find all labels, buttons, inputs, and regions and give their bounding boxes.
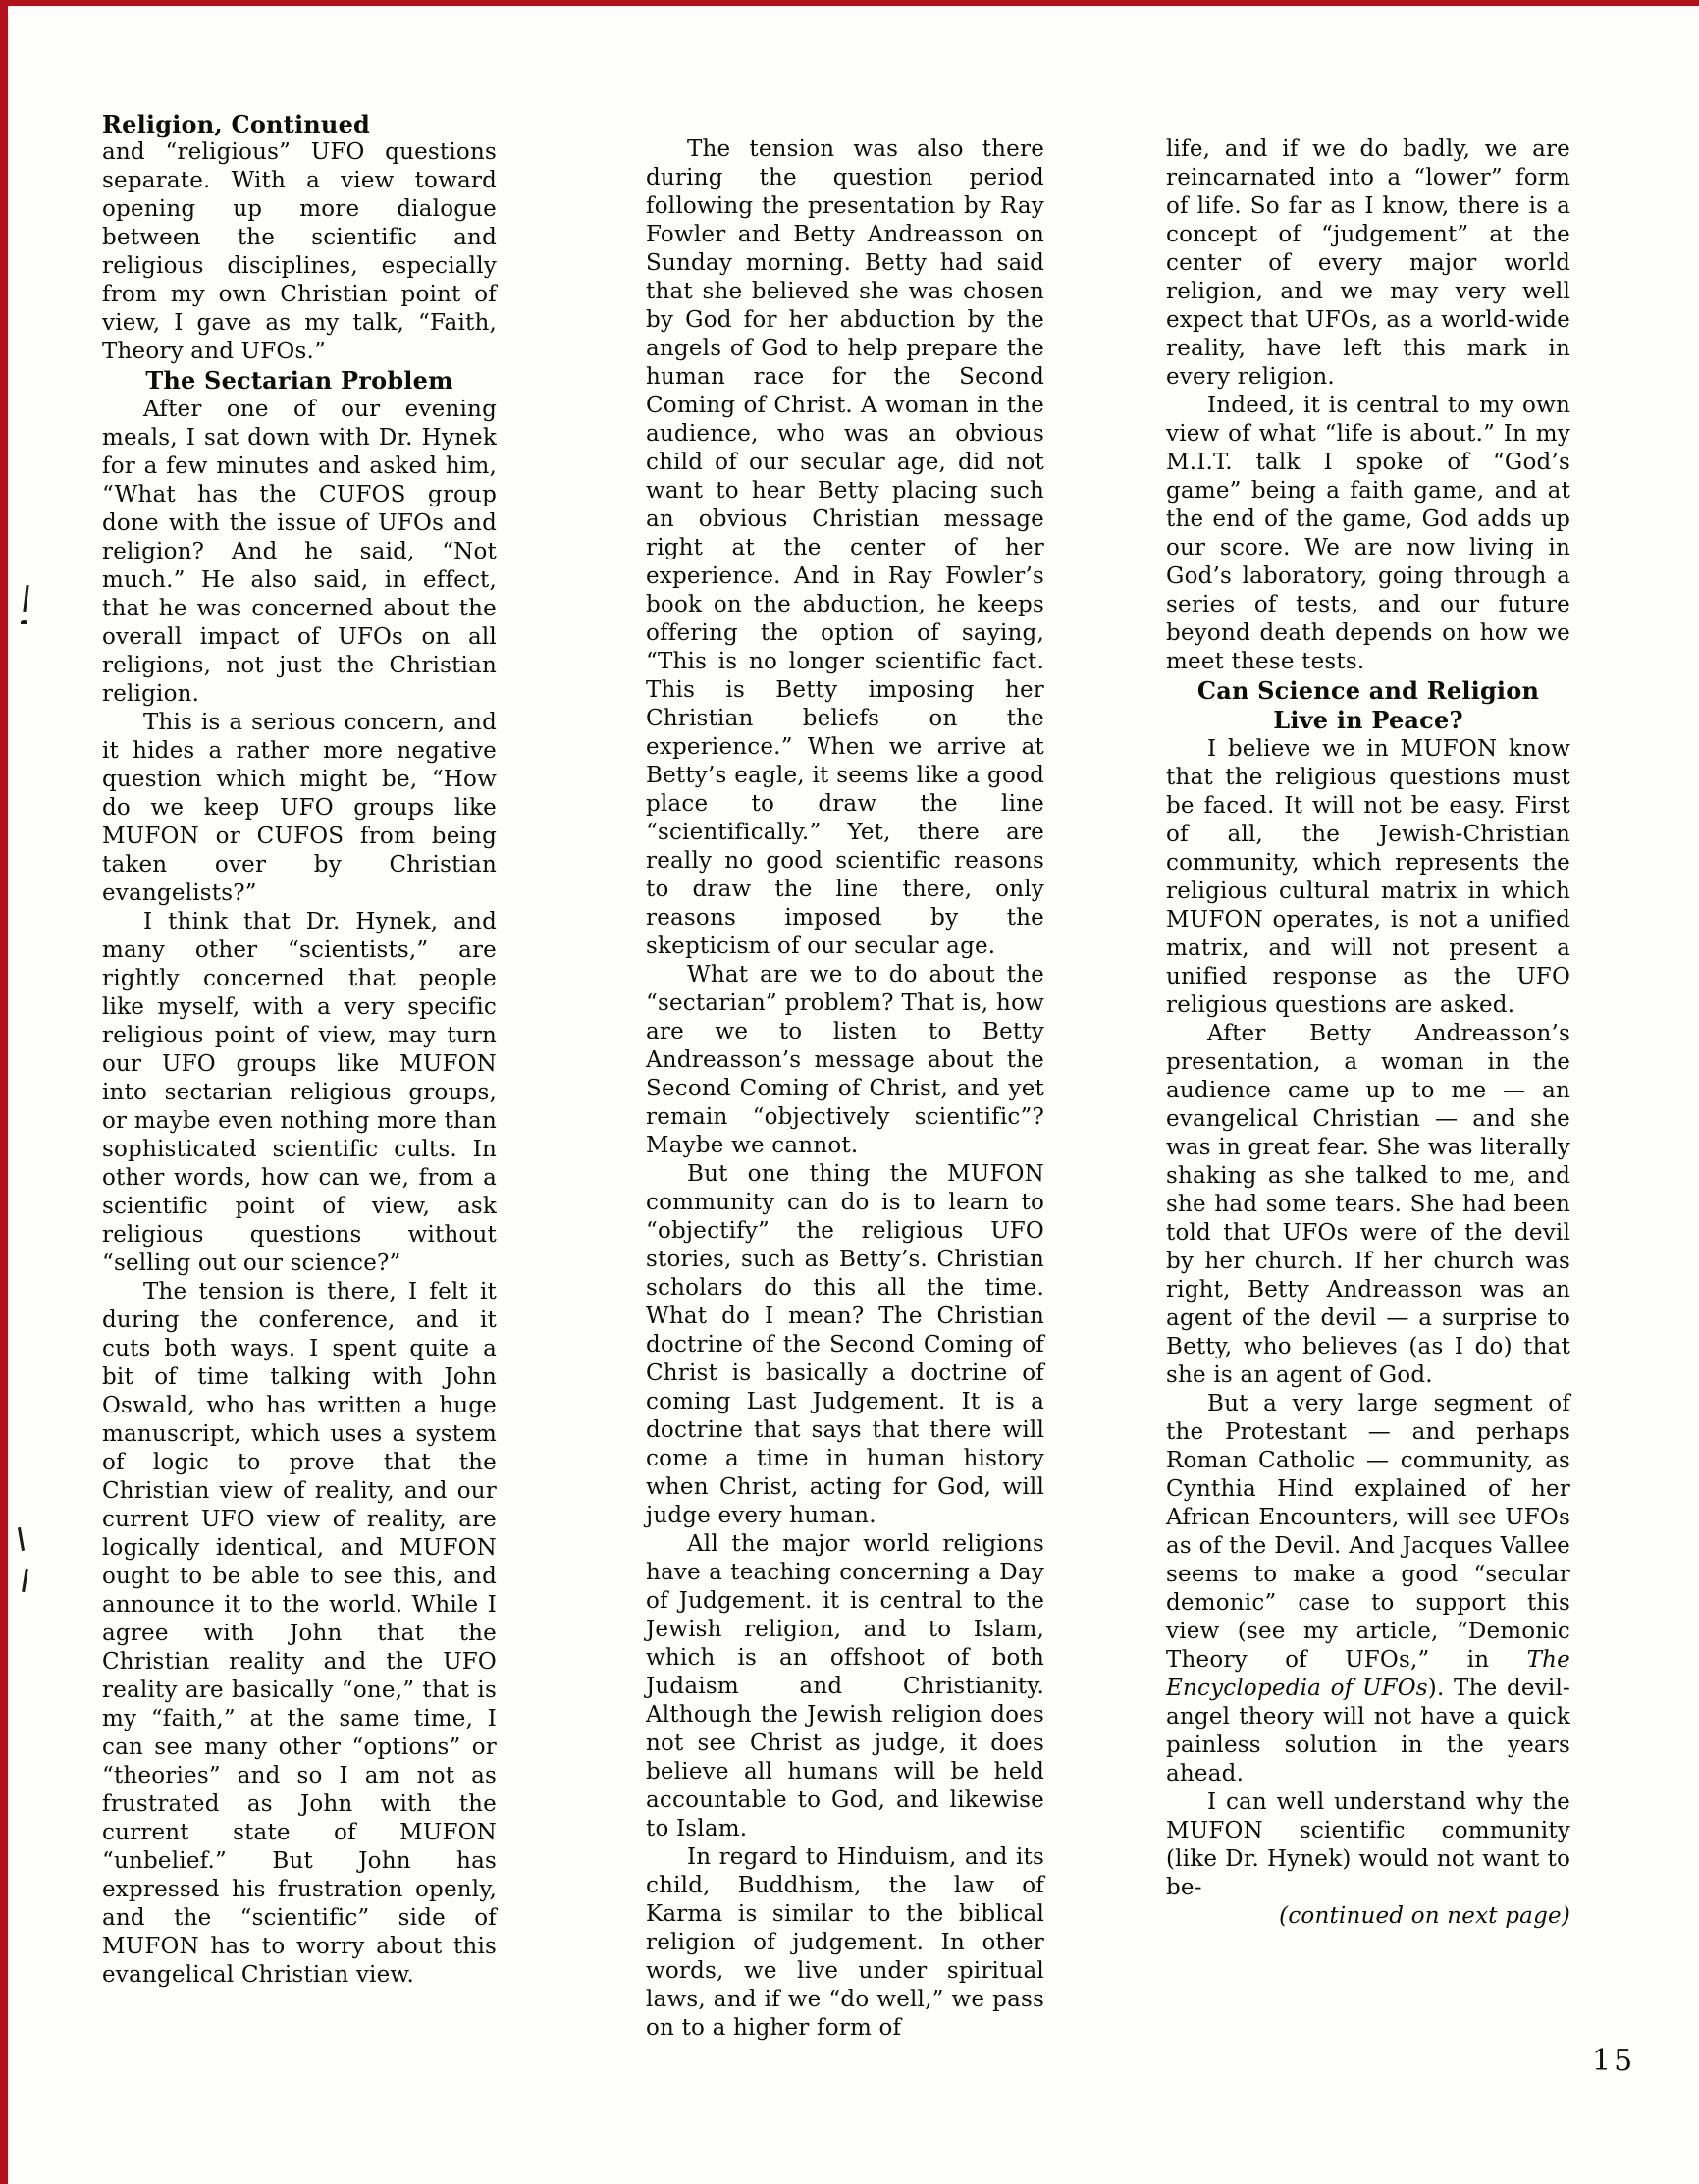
scan-red-edge-left [0, 0, 8, 2184]
body-paragraph: life, and if we do badly, we are reincar… [1166, 135, 1570, 392]
section-heading: Can Science and Religion Live in Peace? [1166, 676, 1570, 735]
scan-ink-mark [23, 585, 28, 612]
scan-red-edge-top [0, 0, 1699, 6]
body-paragraph: The tension was also there during the qu… [646, 135, 1044, 961]
section-heading: The Sectarian Problem [102, 366, 497, 396]
continued-note: (continued on next page) [1166, 1902, 1570, 1931]
body-paragraph: But one thing the MUFON community can do… [646, 1160, 1044, 1530]
section-heading: Religion, Continued [102, 110, 497, 138]
text-column-2: The tension was also there during the qu… [646, 135, 1044, 2043]
page-number: 15 [1592, 2044, 1635, 2078]
body-paragraph: and “religious” UFO questions separate. … [102, 138, 497, 366]
text-column-1: Religion, Continuedand “religious” UFO q… [102, 110, 497, 1990]
body-paragraph: I think that Dr. Hynek, and many other “… [102, 908, 497, 1278]
scan-ink-mark [21, 620, 27, 624]
scan-ink-mark [18, 1527, 25, 1551]
body-paragraph: After one of our evening meals, I sat do… [102, 396, 497, 709]
body-paragraph: What are we to do about the “sectarian” … [646, 961, 1044, 1160]
body-paragraph: I believe we in MUFON know that the reli… [1166, 735, 1570, 1020]
text-column-3: life, and if we do badly, we are reincar… [1166, 135, 1570, 1931]
paragraph-text: But a very large segment of the Protesta… [1166, 1391, 1570, 1673]
body-paragraph: All the major world religions have a tea… [646, 1530, 1044, 1843]
body-paragraph: This is a serious concern, and it hides … [102, 709, 497, 908]
body-paragraph: But a very large segment of the Protesta… [1166, 1390, 1570, 1788]
magazine-page: Religion, Continuedand “religious” UFO q… [0, 0, 1699, 2184]
body-paragraph: Indeed, it is central to my own view of … [1166, 392, 1570, 676]
scan-ink-mark [22, 1569, 28, 1592]
body-paragraph: The tension is there, I felt it during t… [102, 1278, 497, 1990]
body-paragraph: In regard to Hinduism, and its child, Bu… [646, 1843, 1044, 2043]
body-paragraph: After Betty Andreasson’s presentation, a… [1166, 1020, 1570, 1390]
body-paragraph: I can well understand why the MUFON scie… [1166, 1788, 1570, 1902]
